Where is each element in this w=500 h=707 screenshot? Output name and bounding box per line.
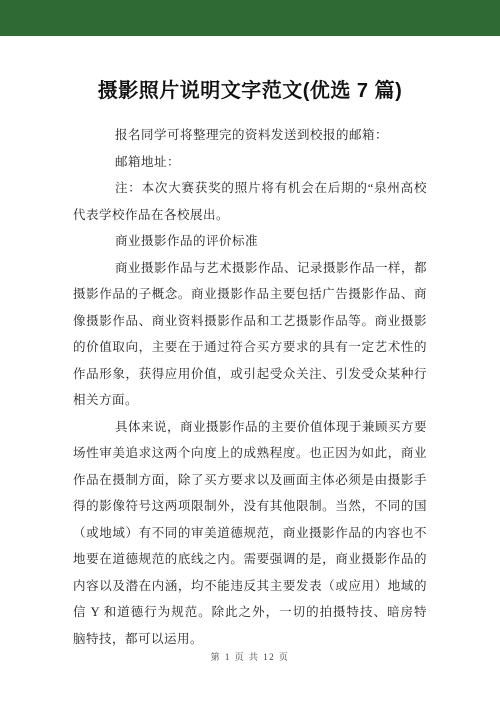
document-body: 报名同学可将整理完的资料发送到校报的邮箱：邮箱地址：注：本次大赛获奖的照片将有机…	[73, 122, 427, 652]
text-line: 邮箱地址：	[73, 149, 427, 176]
text-line: （或地域）有不同的审美道德规范，商业摄影作品的内容也不例外	[73, 520, 427, 547]
text-line: 地要在道德规范的底线之内。需要强调的是，商业摄影作品的直接	[73, 546, 427, 573]
text-line: 作品形象，获得应用价值，或引起受众关注、引发受众某种行为的	[73, 361, 427, 388]
text-line: 脑特技，都可以运用。	[73, 626, 427, 653]
text-line: 作品在摄制方面，除了买方要求以及画面主体必须是由摄影手段获	[73, 467, 427, 494]
document-screenshot: 摄影照片说明文字范文(优选 7 篇) 报名同学可将整理完的资料发送到校报的邮箱：…	[0, 0, 500, 707]
text-line: 注：本次大赛获奖的照片将有机会在后期的“泉州高校摄影展”	[73, 175, 427, 202]
text-line: 场性审美追求这两个向度上的成熟程度。也正因为如此，商业摄影	[73, 440, 427, 467]
text-line: 像摄影作品、商业资料摄影作品和工艺摄影作品等。商业摄影作品	[73, 308, 427, 335]
text-line: 商业摄影作品的评价标准	[73, 228, 427, 255]
document-page: 摄影照片说明文字范文(优选 7 篇) 报名同学可将整理完的资料发送到校报的邮箱：…	[0, 78, 500, 652]
text-line: 相关方面。	[73, 387, 427, 414]
text-line: 内容以及潜在内涵，均不能违反其主要发表（或应用）地域的宗 J	[73, 573, 427, 600]
text-line: 摄影作品的子概念。商业摄影作品主要包括广告摄影作品、商业人	[73, 281, 427, 308]
document-title: 摄影照片说明文字范文(优选 7 篇)	[40, 78, 460, 104]
text-line: 得的影像符号这两项限制外，没有其他限制。当然，不同的国家	[73, 493, 427, 520]
text-line: 商业摄影作品与艺术摄影作品、记录摄影作品一样，都是图片	[73, 255, 427, 282]
header-bar	[0, 0, 500, 36]
text-line: 信 Y 和道德行为规范。除此之外，一切的拍摄特技、暗房特技或电	[73, 599, 427, 626]
text-line: 的价值取向，主要在于通过符合买方要求的具有一定艺术性的摄影	[73, 334, 427, 361]
text-line: 代表学校作品在各校展出。	[73, 202, 427, 229]
text-line: 具体来说，商业摄影作品的主要价值体现于兼顾买方要求和市	[73, 414, 427, 441]
page-footer: 第 1 页 共 12 页	[0, 651, 500, 663]
text-line: 报名同学可将整理完的资料发送到校报的邮箱：	[73, 122, 427, 149]
